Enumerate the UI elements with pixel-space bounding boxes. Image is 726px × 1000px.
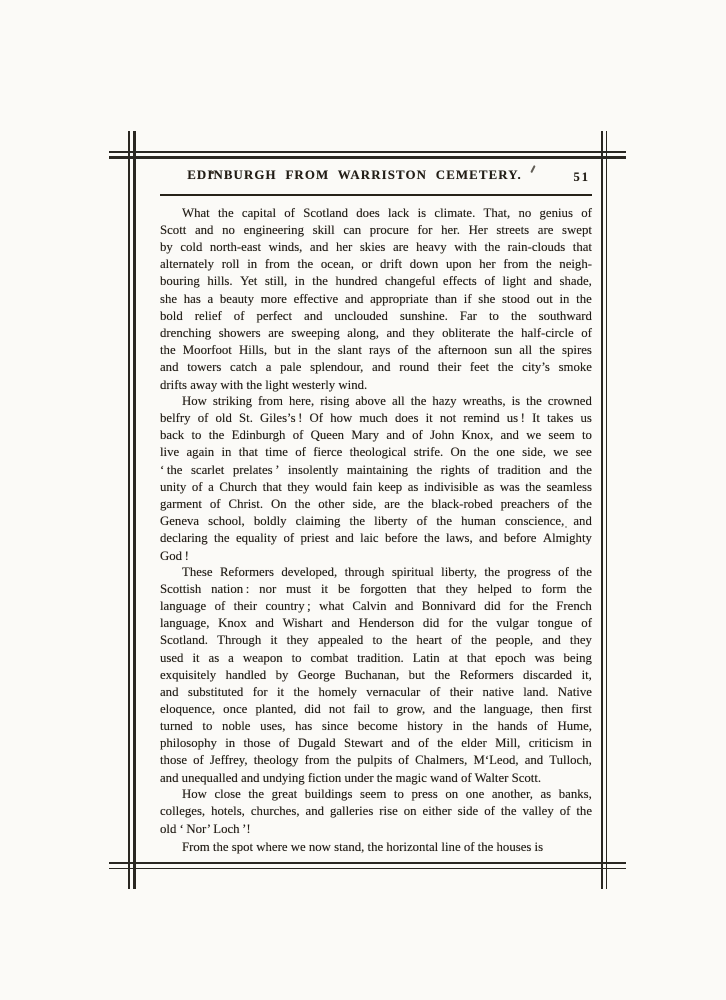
body-text: WhatthecapitalofScotlanddoeslackisclimat… (160, 206, 592, 856)
text-line: WhatthecapitalofScotlanddoeslackisclimat… (160, 206, 592, 223)
text-line: exquisitelyhandledbyGeorgeBuchanan,butth… (160, 668, 592, 685)
text-line: thoseofJeffrey,theologyfromthepulpitsofC… (160, 753, 592, 770)
running-head: EDINBURGH FROM WARRISTON CEMETERY. 51 (160, 168, 592, 188)
frame-left-outer-line (128, 131, 130, 889)
text-line: useditasaweapontocombattradition.Latinat… (160, 651, 592, 668)
text-line: philosophyinthoseofDugaldStewartandofthe… (160, 736, 592, 753)
text-line: ‘ thescarletprelates ’insolentlymaintain… (160, 463, 592, 480)
text-line: language,KnoxandWishartandHendersondidfo… (160, 616, 592, 633)
frame-top-inner-line (109, 156, 626, 158)
text-line: drifts away with the light westerly wind… (160, 377, 592, 394)
text-line: languageoftheircountry ;whatCalvinandBon… (160, 599, 592, 616)
text-line: andsubstitutedforitthehomelyvernacularof… (160, 685, 592, 702)
text-line: boldreliefofperfectanduncloudedsunshine.… (160, 309, 592, 326)
page-content: EDINBURGH FROM WARRISTON CEMETERY. 51 Wh… (160, 168, 592, 856)
frame-left-inner-line (133, 131, 135, 889)
page-number: 51 (574, 170, 591, 185)
text-line: drenchingshowersaresweepingalong,andthey… (160, 326, 592, 343)
text-line: andtowerscatchapalesplendour,androundthe… (160, 360, 592, 377)
text-line: Scottishnation :normustitbeforgottenthat… (160, 582, 592, 599)
text-line: From the spot where we now stand, the ho… (160, 839, 592, 856)
text-line: garmentofChrist.Ontheotherside,arethebla… (160, 497, 592, 514)
text-line: bouringhills.Yetstill,inthehundredchange… (160, 274, 592, 291)
text-line: TheseReformersdeveloped,throughspiritual… (160, 565, 592, 582)
book-page: EDINBURGH FROM WARRISTON CEMETERY. 51 Wh… (0, 0, 726, 1000)
text-line: turnedtonobleuses,hassincebecomehistoryi… (160, 719, 592, 736)
text-line: theMoorfootHills,butintheslantraysofthea… (160, 343, 592, 360)
text-line: old ‘ Nor’ Loch ’! (160, 821, 592, 838)
frame-right-outer-line (606, 131, 608, 889)
text-line: colleges,hotels,churches,andgalleriesris… (160, 804, 592, 821)
text-line: alternatelyrollinfromtheocean,ordriftdow… (160, 257, 592, 274)
text-line: bycoldnorth-eastwinds,andherskiesareheav… (160, 240, 592, 257)
frame-bottom-inner-line (109, 862, 626, 864)
frame-top-outer-line (109, 151, 626, 153)
text-line: belfryofoldSt.Giles’s !Ofhowmuchdoesitno… (160, 411, 592, 428)
text-line: Howclosethegreatbuildingsseemtopressonon… (160, 787, 592, 804)
text-line: Scotland.Throughittheyappealedtotheheart… (160, 633, 592, 650)
text-line: shehasabeautymoreeffectiveandappropriate… (160, 292, 592, 309)
header-rule (160, 194, 592, 196)
text-line: backtotheEdinburghofQueenMaryandofJohnKn… (160, 428, 592, 445)
text-line: unityofaChurchthattheywouldfainkeepasind… (160, 480, 592, 497)
text-line: Genevaschool,boldlyclaimingthelibertyoft… (160, 514, 592, 531)
text-line: declaringtheequalityofpriestandlaicbefor… (160, 531, 592, 548)
frame-bottom-outer-line (109, 868, 626, 870)
page-title: EDINBURGH FROM WARRISTON CEMETERY. (160, 168, 592, 183)
text-line: God ! (160, 548, 592, 565)
text-line: Howstrikingfromhere,risingaboveallthehaz… (160, 394, 592, 411)
text-line: Scottandnoengineeringskillcanprocureforh… (160, 223, 592, 240)
text-line: eloquence,onceplanted,didnotfailtogrow,a… (160, 702, 592, 719)
frame-right-inner-line (601, 131, 603, 889)
text-line: liveagaininthattimeoffiercetheologicalst… (160, 445, 592, 462)
text-line: and unequalled and undying fiction under… (160, 770, 592, 787)
